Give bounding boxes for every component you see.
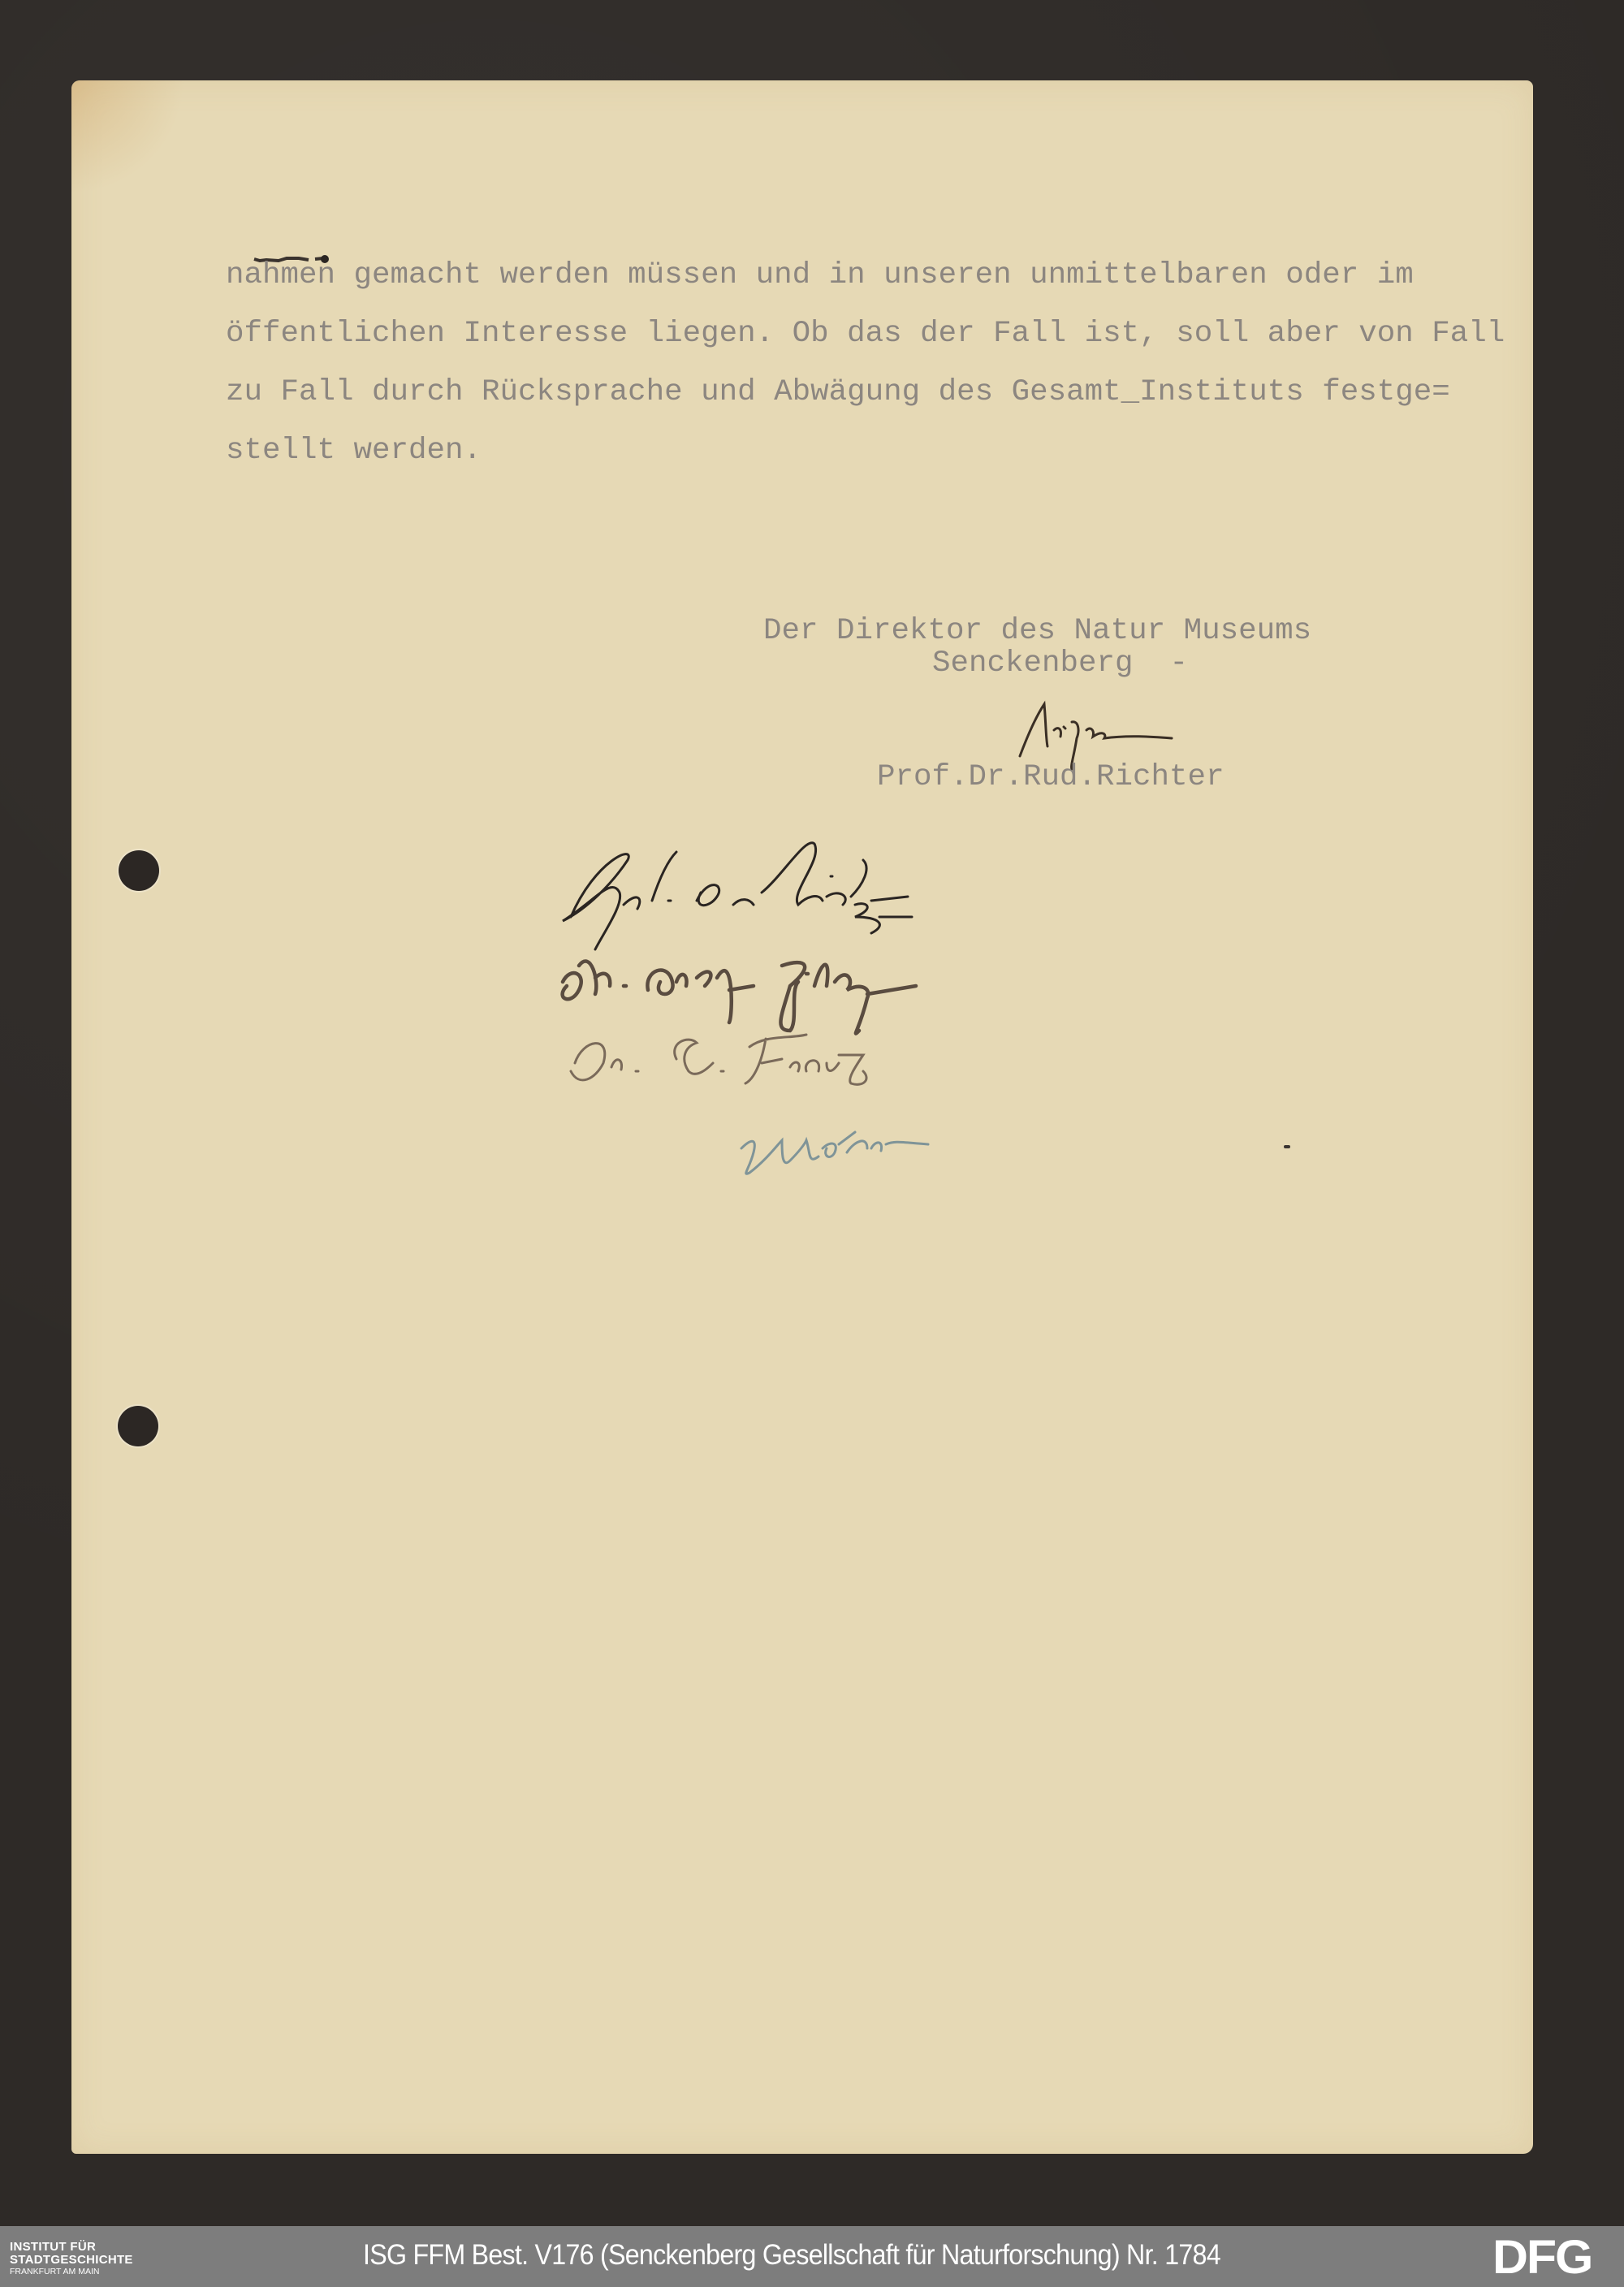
document-page: nahmen gemacht werden müssen und in unse… <box>71 80 1533 2154</box>
archive-footer-banner: INSTITUT FÜR STADTGESCHICHTE FRANKFURT A… <box>0 2226 1624 2287</box>
body-line-3: zu Fall durch Rücksprache und Abwägung d… <box>226 378 1450 409</box>
archive-caption: ISG FFM Best. V176 (Senckenberg Gesellsc… <box>363 2239 1220 2272</box>
dfg-logo: DFG <box>1492 2234 1592 2281</box>
isg-logo: INSTITUT FÜR STADTGESCHICHTE FRANKFURT A… <box>10 2241 133 2276</box>
body-line-4: stellt werden. <box>226 436 482 467</box>
body-line-2: öffentlichen Interesse liegen. Ob das de… <box>226 319 1505 350</box>
isg-logo-line-1: INSTITUT FÜR <box>10 2241 133 2253</box>
director-title-line-1: Der Direktor des Natur Museums <box>763 616 1311 647</box>
ink-speck <box>1284 1145 1290 1148</box>
body-line-1: nahmen gemacht werden müssen und in unse… <box>226 261 1414 292</box>
punch-hole-upper <box>119 850 159 891</box>
handwritten-signatures <box>546 828 1001 1234</box>
isg-logo-line-3: FRANKFURT AM MAIN <box>10 2268 133 2276</box>
punch-hole-lower <box>118 1406 158 1446</box>
typed-name-richter: Prof.Dr.Rud.Richter <box>877 763 1224 793</box>
isg-logo-line-2: STADTGESCHICHTE <box>10 2254 133 2266</box>
director-title-line-2: Senckenberg - <box>932 649 1188 680</box>
